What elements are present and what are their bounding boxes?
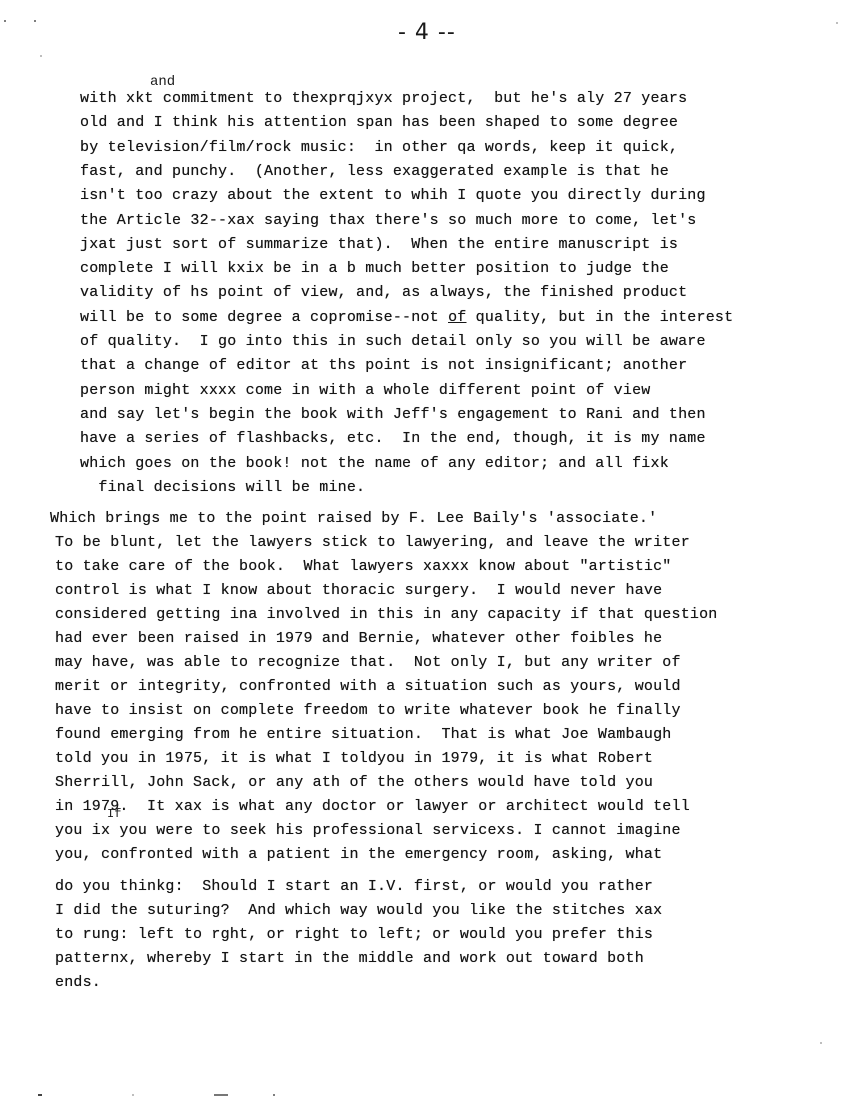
text-line: told you in 1975, it is what I toldyou i… bbox=[55, 750, 653, 768]
scan-speck bbox=[273, 1094, 275, 1096]
interlinear-insert: and bbox=[150, 75, 175, 89]
text-line: to rung: left to rght, or right to left;… bbox=[55, 926, 653, 944]
scan-speck bbox=[4, 20, 6, 22]
page-number: - 4 -- bbox=[398, 20, 456, 45]
document-page: - 4 -- and with xkt commitment to thexpr… bbox=[0, 0, 860, 1114]
text-line: have to insist on complete freedom to wr… bbox=[55, 702, 681, 720]
scan-speck bbox=[40, 55, 42, 57]
text-line: which goes on the book! not the name of … bbox=[80, 455, 669, 473]
text-line: jxat just sort of summarize that). When … bbox=[80, 236, 678, 254]
scan-smudge bbox=[214, 1094, 228, 1096]
text-line: you ix you were to seek his professional… bbox=[55, 822, 681, 840]
text-line: the Article 32--xax saying thax there's … bbox=[80, 212, 697, 230]
overstrike-insert: If bbox=[107, 807, 121, 821]
text-line: by television/film/rock music: in other … bbox=[80, 139, 678, 157]
text-line: in 1979. It xax is what any doctor or la… bbox=[55, 798, 690, 816]
text-line: isn't too crazy about the extent to whih… bbox=[80, 187, 706, 205]
scan-speck bbox=[820, 1042, 822, 1044]
text-line: may have, was able to recognize that. No… bbox=[55, 654, 681, 672]
text-line: person might xxxx come in with a whole d… bbox=[80, 382, 651, 400]
text-line: that a change of editor at ths point is … bbox=[80, 357, 687, 375]
text-line: of quality. I go into this in such detai… bbox=[80, 333, 706, 351]
text-line: considered getting ina involved in this … bbox=[55, 606, 718, 624]
text-line: to take care of the book. What lawyers x… bbox=[55, 558, 672, 576]
text-line: ends. bbox=[55, 974, 101, 992]
text-line: To be blunt, let the lawyers stick to la… bbox=[55, 534, 690, 552]
text-line: you, confronted with a patient in the em… bbox=[55, 846, 662, 864]
text-line: and say let's begin the book with Jeff's… bbox=[80, 406, 706, 424]
scan-speck bbox=[836, 22, 838, 24]
text-line: control is what I know about thoracic su… bbox=[55, 582, 662, 600]
scan-speck bbox=[132, 1094, 134, 1096]
text-line: fast, and punchy. (Another, less exagger… bbox=[80, 163, 669, 181]
text-line: validity of hs point of view, and, as al… bbox=[80, 284, 687, 302]
text-line: old and I think his attention span has b… bbox=[80, 114, 678, 132]
text-line: with xkt commitment to thexprqjxyx proje… bbox=[80, 90, 687, 108]
text-line: Which brings me to the point raised by F… bbox=[50, 510, 657, 528]
underlined-word: of bbox=[448, 309, 466, 326]
scan-speck bbox=[34, 20, 36, 22]
text-line: had ever been raised in 1979 and Bernie,… bbox=[55, 630, 662, 648]
scan-smudge bbox=[38, 1094, 42, 1096]
text-line: have a series of flashbacks, etc. In the… bbox=[80, 430, 706, 448]
text-line: patternx, whereby I start in the middle … bbox=[55, 950, 644, 968]
text-line: Sherrill, John Sack, or any ath of the o… bbox=[55, 774, 653, 792]
text-line: do you thinkg: Should I start an I.V. fi… bbox=[55, 878, 653, 896]
text-line: final decisions will be mine. bbox=[80, 479, 365, 497]
text-line: complete I will kxix be in a b much bett… bbox=[80, 260, 669, 278]
text-line: will be to some degree a copromise--not … bbox=[80, 309, 733, 327]
text-line: I did the suturing? And which way would … bbox=[55, 902, 662, 920]
text-line: merit or integrity, confronted with a si… bbox=[55, 678, 681, 696]
text-line: found emerging from he entire situation.… bbox=[55, 726, 672, 744]
